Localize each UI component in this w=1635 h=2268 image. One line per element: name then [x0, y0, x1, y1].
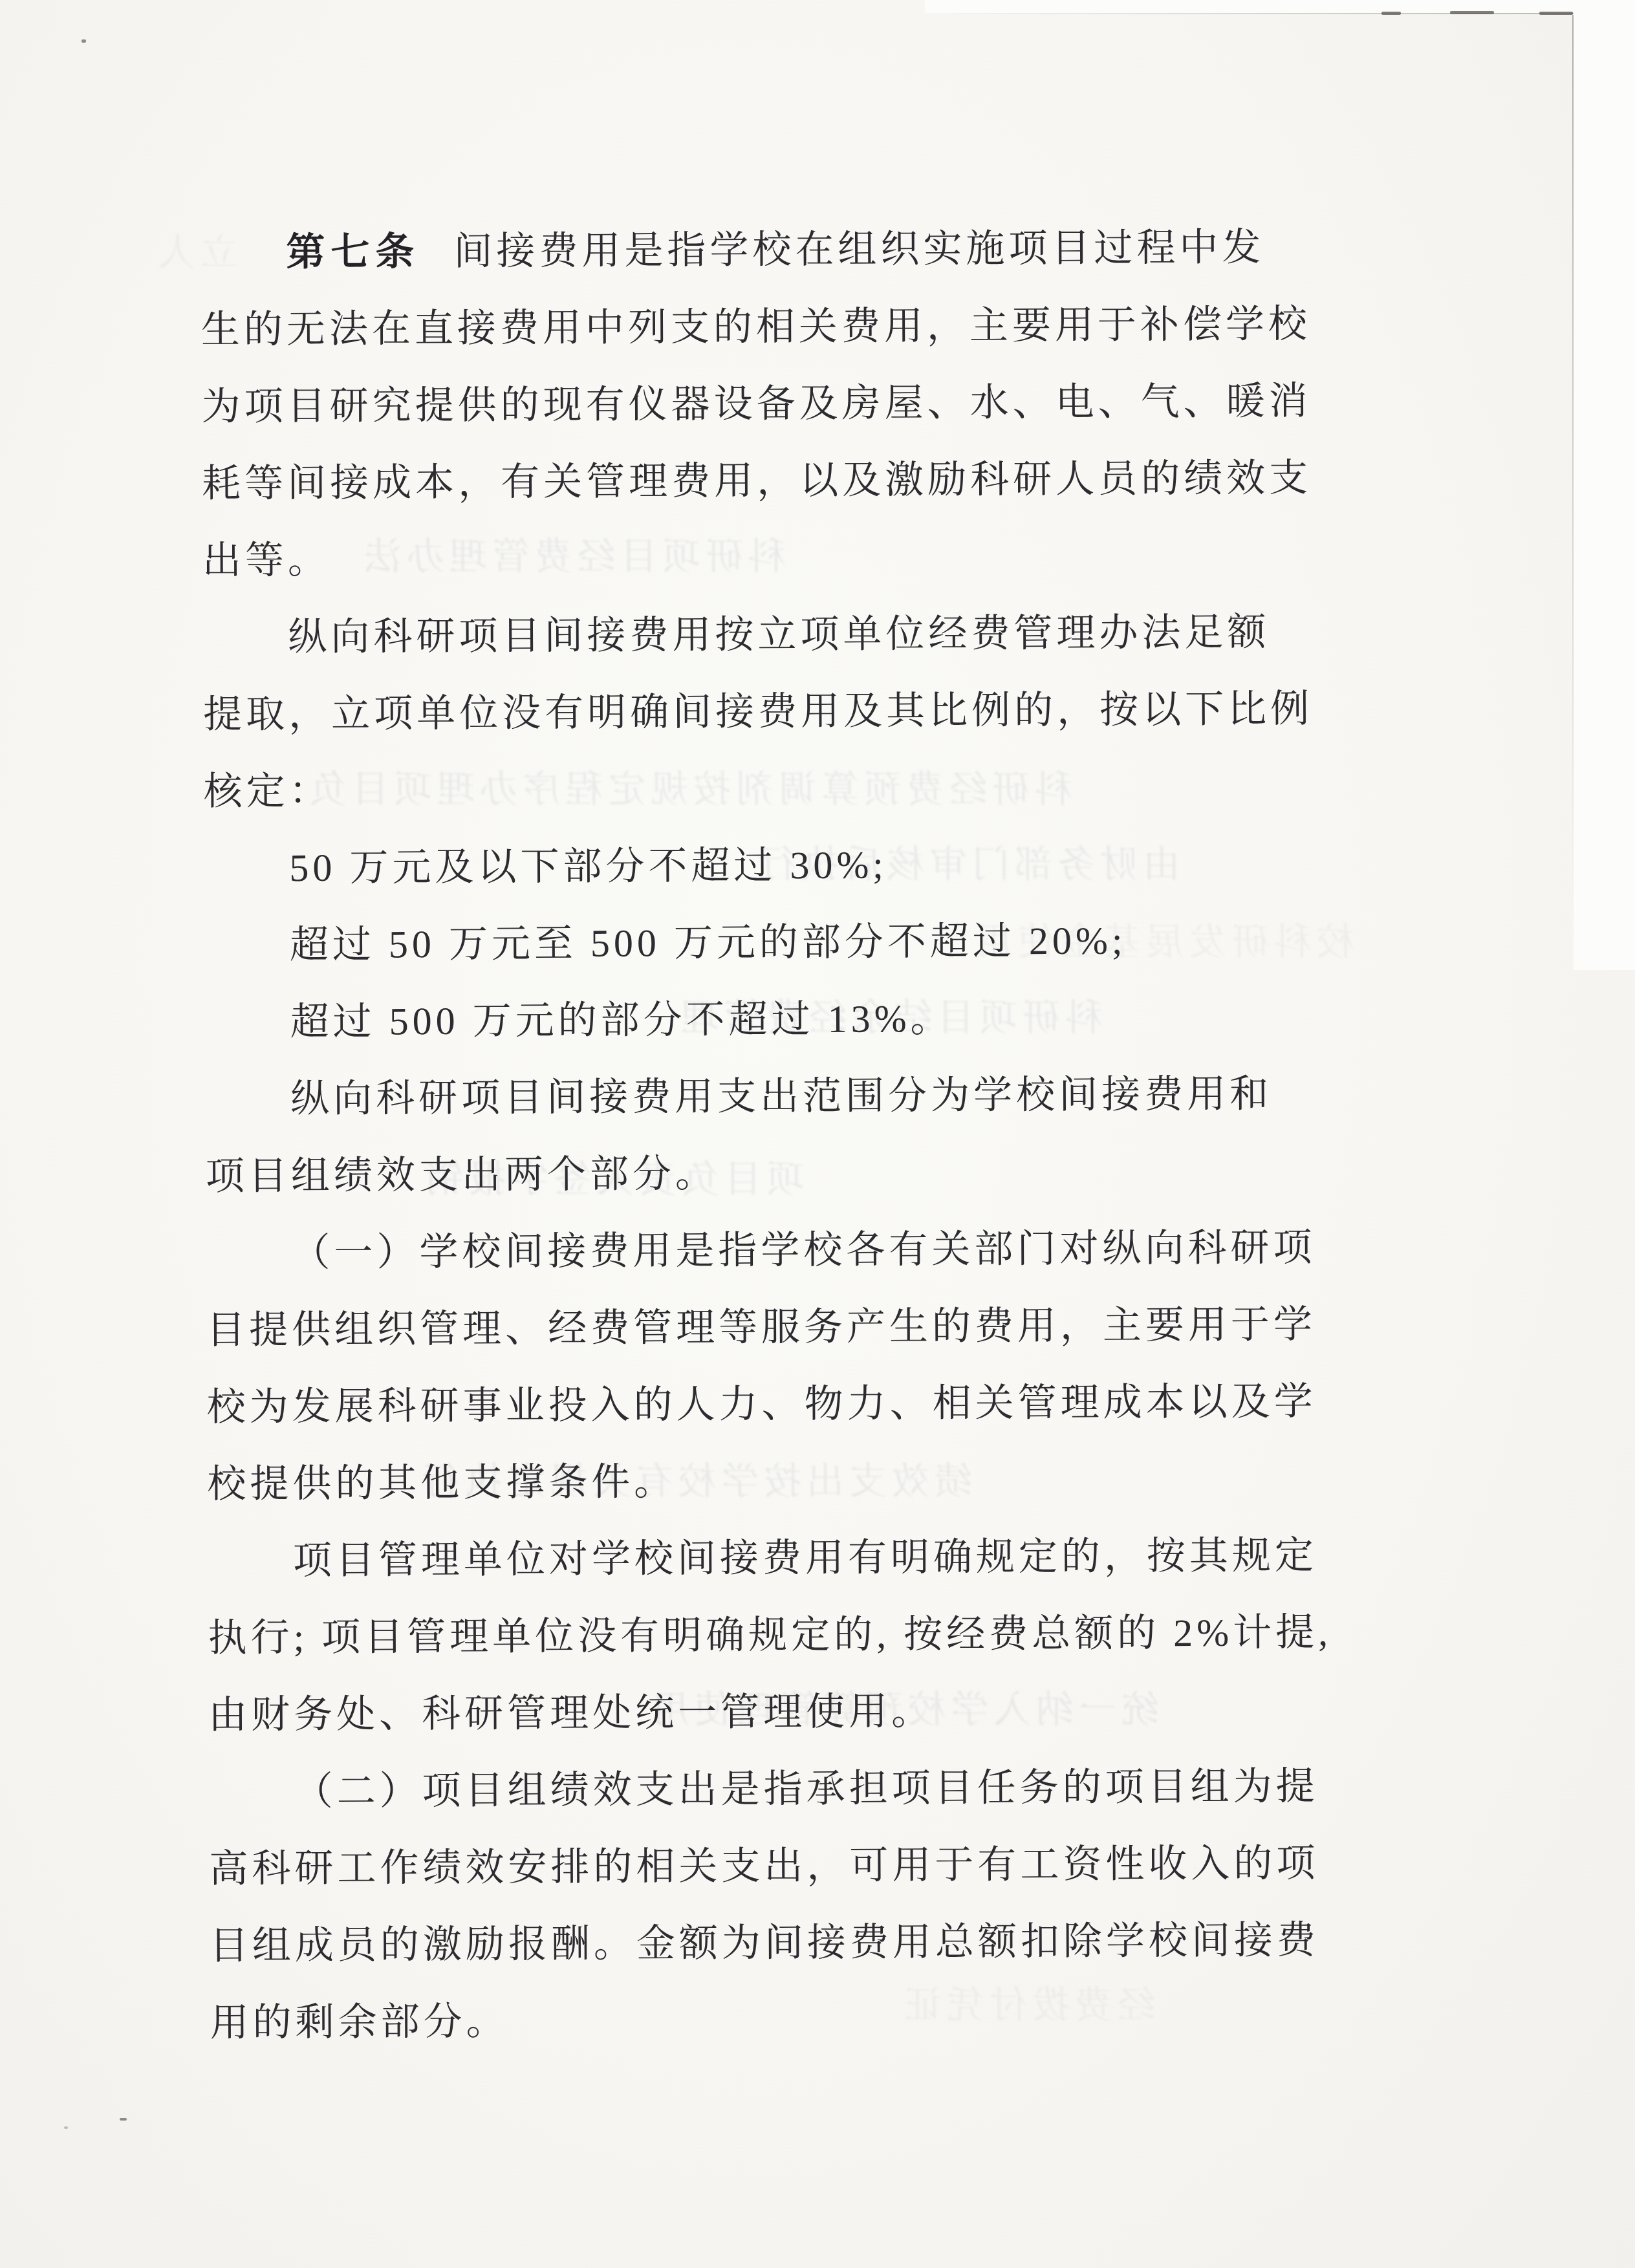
text-line: 提取，立项单位没有明确间接费用及其比例的，按以下比例	[203, 671, 1332, 753]
text-line: 项目管理单位对学校间接费用有明确规定的，按其规定	[208, 1517, 1337, 1600]
text-line: 用的剩余部分。	[210, 1979, 1339, 2062]
text-line: 为项目研究提供的现有仪器设备及房屋、水、电、气、暖消	[201, 363, 1330, 446]
text-line: 目组成员的激励报酬。金额为间接费用总额扣除学校间接费	[210, 1902, 1339, 1985]
text-line: 50 万元及以下部分不超过 30%;	[204, 825, 1333, 907]
text-line: 第七条间接费用是指学校在组织实施项目过程中发	[200, 209, 1330, 292]
scanned-page: 立人 科研项目经费管理办法 科研经费预算调剂按规定程序办理项目负 由财务部门审核…	[0, 0, 1635, 2268]
scan-speck	[64, 2126, 68, 2129]
document-text-block: 第七条间接费用是指学校在组织实施项目过程中发 生的无法在直接费用中列支的相关费用…	[200, 209, 1339, 2062]
text-line: 生的无法在直接费用中列支的相关费用，主要用于补偿学校	[201, 286, 1330, 369]
text-line: （二）项目组绩效支出是指承担项目任务的项目组为提	[208, 1748, 1337, 1831]
scanner-background-right	[1574, 0, 1635, 970]
text-line: 超过 50 万元至 500 万元的部分不超过 20%;	[204, 902, 1334, 984]
text-line: 高科研工作绩效安排的相关支出，可用于有工资性收入的项	[209, 1825, 1338, 1908]
text-run: 间接费用是指学校在组织实施项目过程中发	[453, 226, 1264, 273]
text-line: 校为发展科研事业投入的人力、物力、相关管理成本以及学	[206, 1363, 1336, 1446]
text-line: 出等。	[202, 517, 1331, 599]
text-line: 耗等间接成本，有关管理费用，以及激励科研人员的绩效支	[202, 440, 1331, 523]
article-number: 第七条	[286, 230, 420, 274]
text-line: （一）学校间接费用是指学校各有关部门对纵向科研项	[206, 1209, 1335, 1292]
text-line: 目提供组织管理、经费管理等服务产生的费用，主要用于学	[206, 1286, 1336, 1369]
paper-edge-mark	[1381, 12, 1401, 15]
text-line: 由财务处、科研管理处统一管理使用。	[208, 1671, 1337, 1754]
scan-speck	[120, 2118, 127, 2121]
text-line: 执行; 项目管理单位没有明确规定的, 按经费总额的 2%计提,	[208, 1594, 1337, 1677]
text-line: 校提供的其他支撑条件。	[207, 1440, 1336, 1523]
scan-speck	[81, 39, 86, 43]
paper-edge-mark	[1539, 12, 1573, 15]
paper-edge-mark	[1450, 11, 1494, 14]
paper-right-edge	[1572, 15, 1574, 920]
scanner-background-top	[925, 0, 1635, 13]
text-line: 纵向科研项目间接费用支出范围分为学校间接费用和	[205, 1055, 1334, 1138]
text-line: 项目组绩效支出两个部分。	[205, 1132, 1334, 1215]
text-line: 纵向科研项目间接费用按立项单位经费管理办法足额	[202, 594, 1332, 676]
text-line: 核定：	[203, 748, 1332, 830]
text-line: 超过 500 万元的部分不超过 13%。	[204, 978, 1334, 1061]
